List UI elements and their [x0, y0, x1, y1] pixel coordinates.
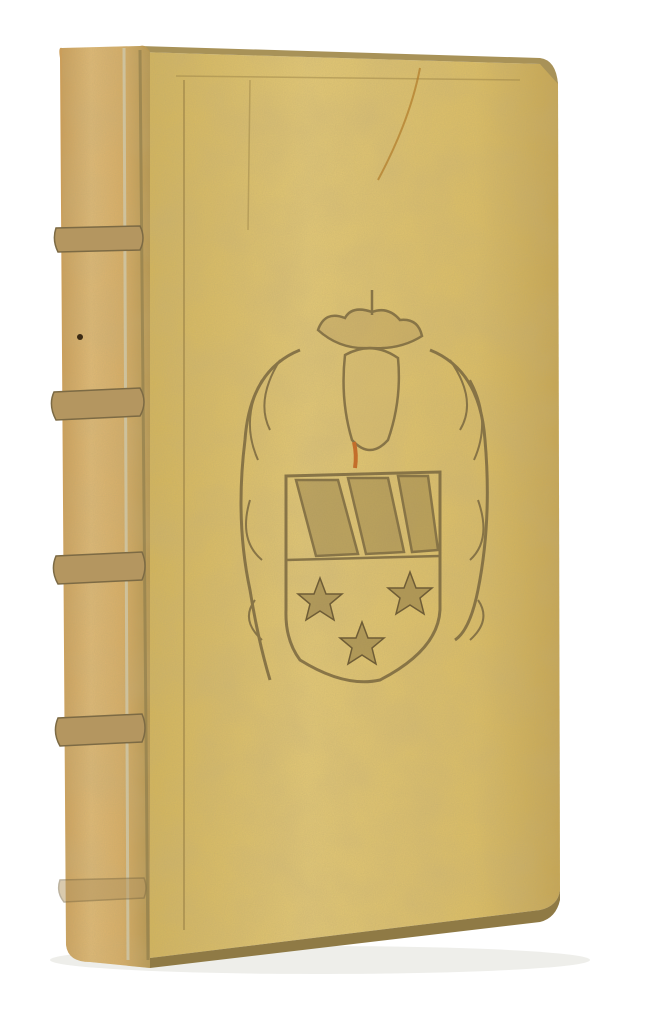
book-photo: Antique book bound in yellow vellum with…: [0, 0, 664, 1024]
spine: [59, 46, 150, 968]
front-cover: [140, 46, 560, 968]
wormhole: [77, 334, 83, 340]
